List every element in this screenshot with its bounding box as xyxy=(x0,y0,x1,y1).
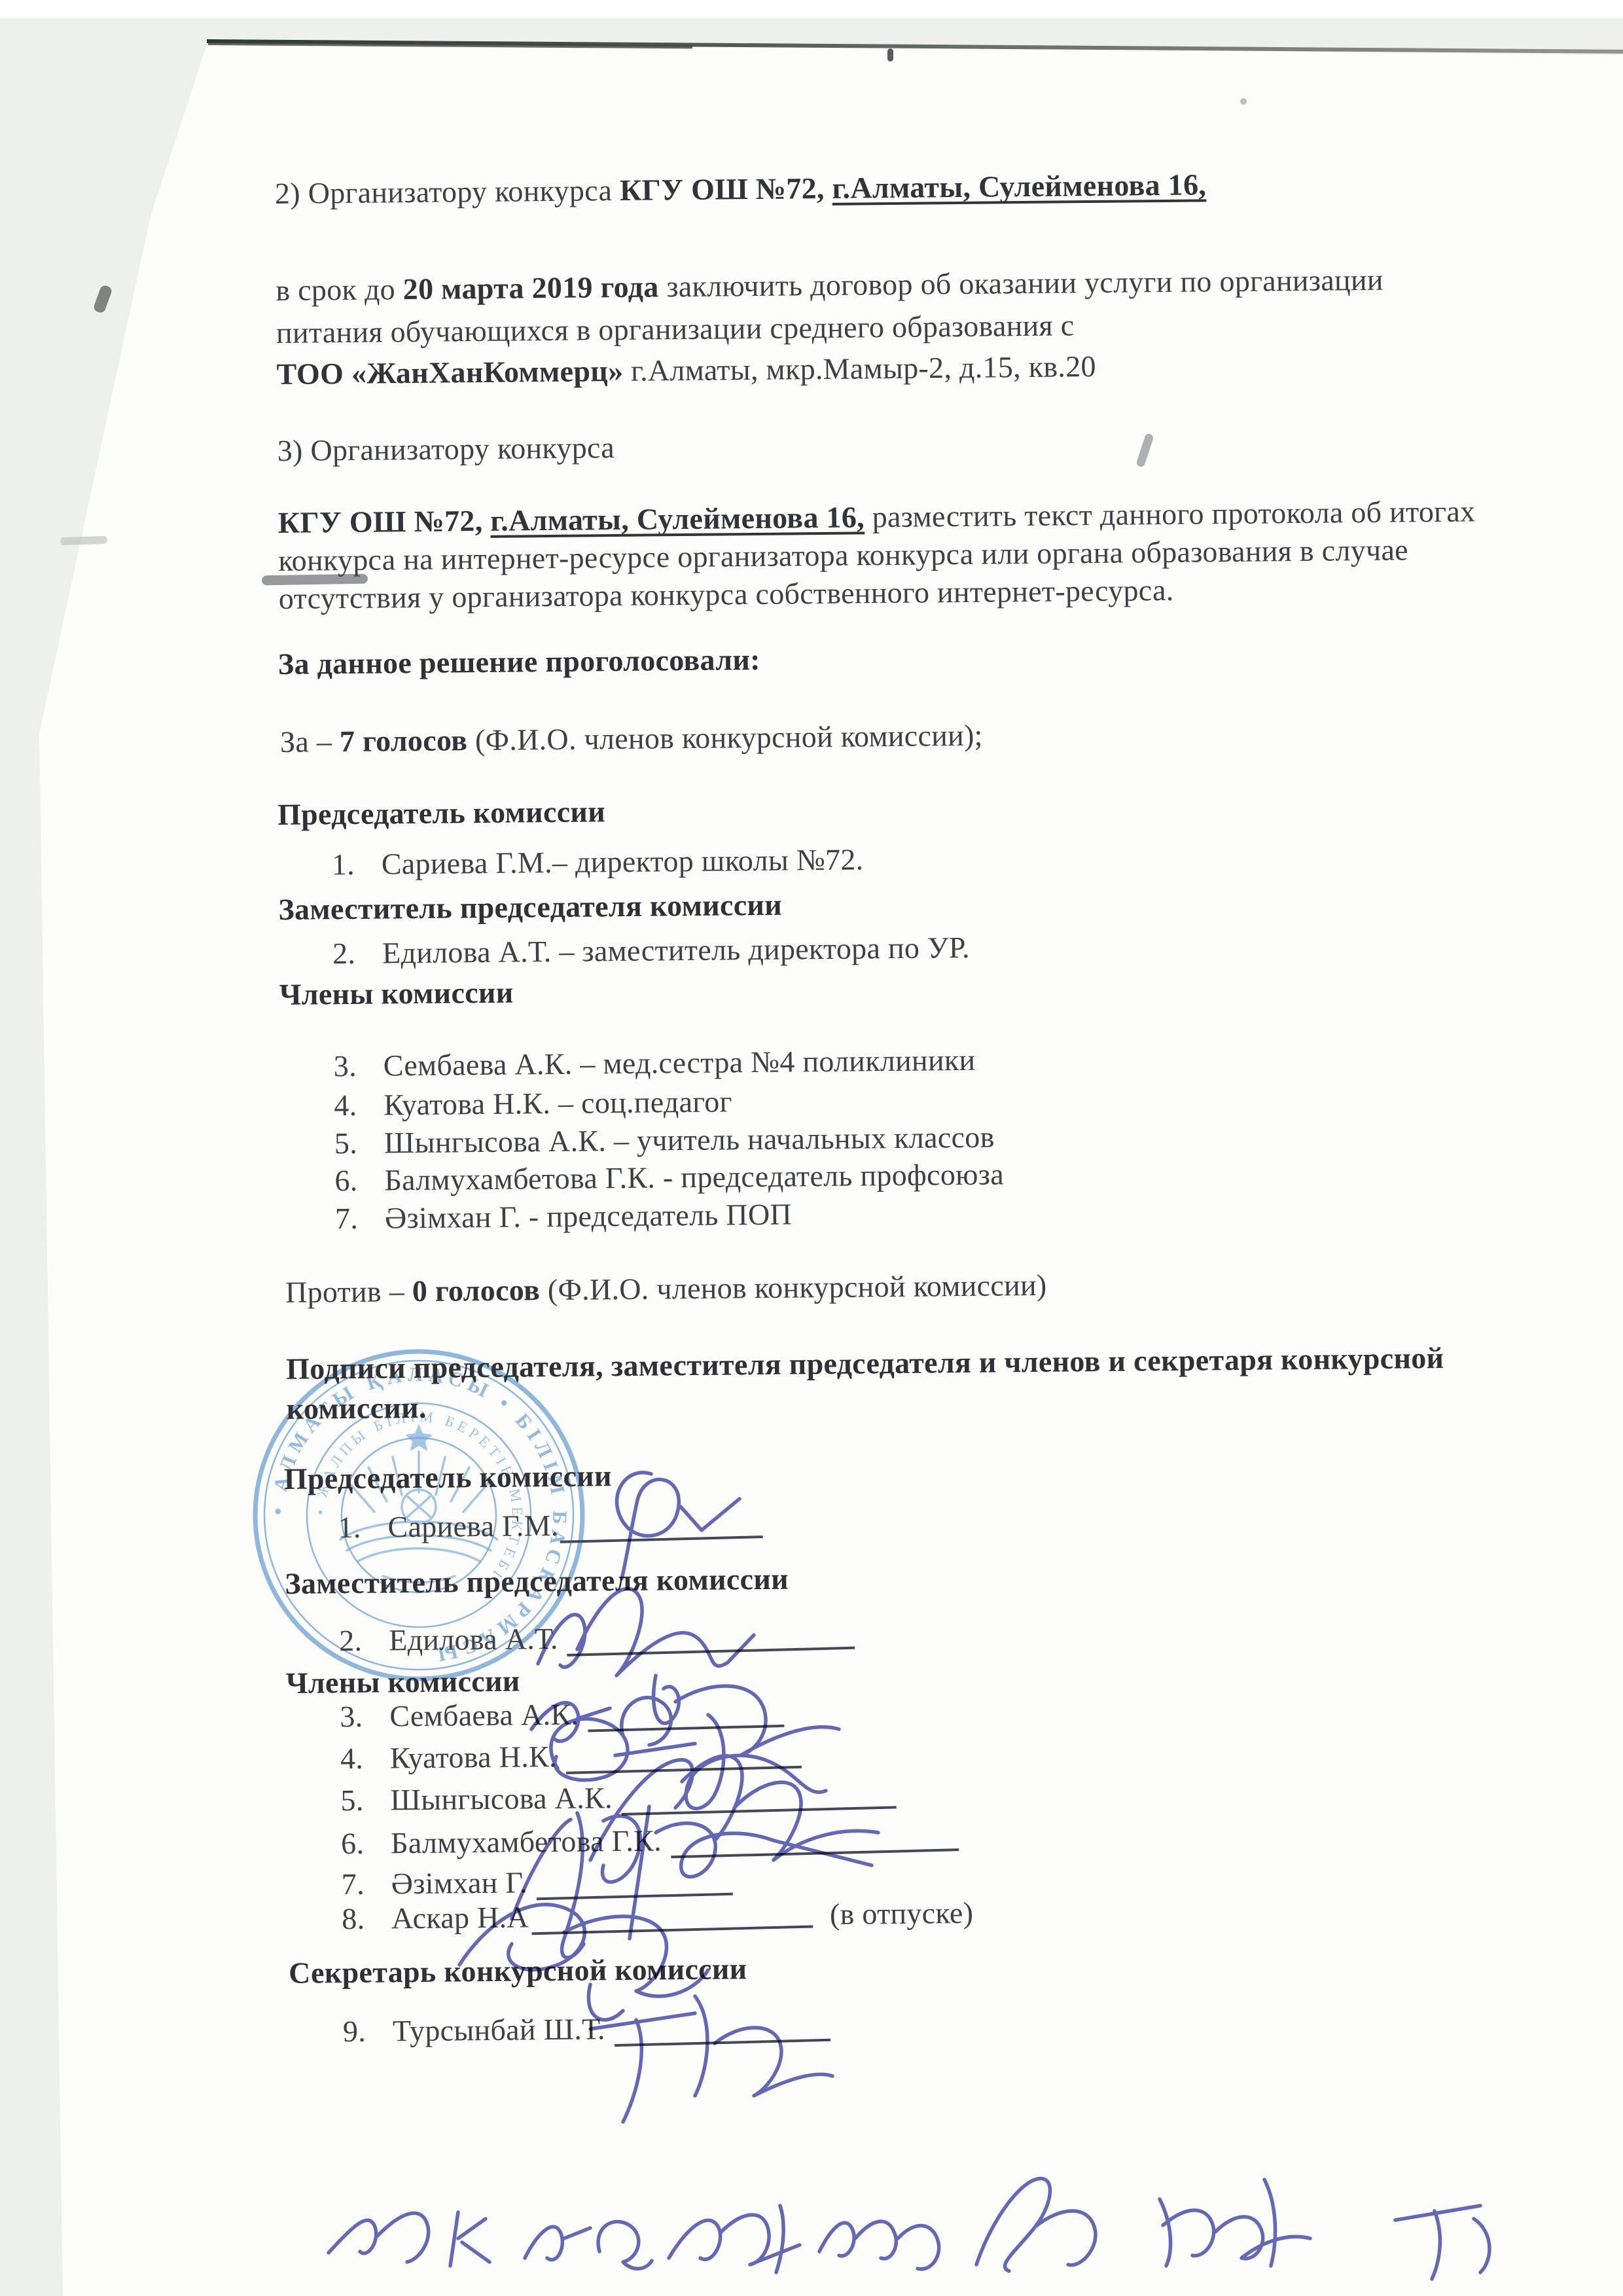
supplier-name: ТОО «ЖанХанКоммерц» xyxy=(276,354,623,391)
vote-row-2: 2.Едилова А.Т. – заместитель директора п… xyxy=(332,928,970,973)
signatures-header-line2: комиссии. xyxy=(286,1388,426,1429)
vice-chair-header: Заместитель председателя комиссии xyxy=(278,886,782,929)
paragraph-supplier: ТОО «ЖанХанКоммерц» г.Алматы, мкр.Мамыр-… xyxy=(276,347,1096,394)
vote-row-3: 3.Сембаева А.К. – мед.сестра №4 поликлин… xyxy=(333,1041,975,1086)
sig-row-8: 8.Аскар Н.А(в отпуске) xyxy=(342,1893,974,1939)
on-leave-note: (в отпуске) xyxy=(830,1896,974,1931)
signatures-header-line1: Подписи председателя, заместителя предсе… xyxy=(286,1338,1444,1389)
signature-blank-9 xyxy=(614,2010,830,2047)
vote-row-4: 4.Куатова Н.К. – соц.педагог xyxy=(334,1082,732,1125)
sig-row-2: 2.Едилова А.Т. xyxy=(339,1617,855,1661)
sig-row-4: 4.Куатова Н.К. xyxy=(340,1734,802,1778)
supplier-address: г.Алматы, мкр.Мамыр-2, д.15, кв.20 xyxy=(623,350,1096,387)
sig-row-5: 5.Шынгысова А.К. xyxy=(340,1776,897,1820)
vote-row-7: 7.Әзімхан Г. - председатель ПОП xyxy=(335,1194,793,1238)
secretary-header: Секретарь конкурсной комиссии xyxy=(289,1949,747,1993)
signature-blank-5 xyxy=(621,1777,897,1816)
signature-blank-8 xyxy=(531,1896,813,1935)
sig-row-1: 1.Сариева Г.М. xyxy=(338,1504,763,1547)
paragraph-contract-line2: питания обучающихся в организации средне… xyxy=(276,306,1075,353)
votes-for-line: За – 7 голосов (Ф.И.О. членов конкурсной… xyxy=(280,716,983,762)
voted-header: За данное решение проголосовали: xyxy=(278,640,760,684)
paragraph-publish-line3: отсутствия у организатора конкурса собст… xyxy=(279,571,1174,619)
signature-blank-4 xyxy=(565,1737,802,1774)
p1-address: г.Алматы, Сулейменова 16, xyxy=(832,168,1206,204)
votes-for-count: 7 голосов xyxy=(340,723,468,758)
vote-row-6: 6.Балмухамбетова Г.К. - председатель про… xyxy=(334,1155,1004,1200)
signature-blank-1 xyxy=(560,1507,763,1543)
chair-header: Председатель комиссии xyxy=(277,792,606,834)
sig-row-3: 3.Сембаева А.К. xyxy=(340,1693,784,1737)
votes-against-count: 0 голосов xyxy=(412,1273,541,1308)
votes-against-line: Против – 0 голосов (Ф.И.О. членов конкур… xyxy=(285,1266,1047,1312)
paragraph-contract-line1: в срок до 20 марта 2019 года заключить д… xyxy=(276,260,1383,310)
paragraph-organizer-3: 3) Организатору конкурса xyxy=(277,428,615,471)
sig-row-6: 6.Балмухамбетова Г.К. xyxy=(341,1818,959,1863)
sig-vice-header: Заместитель председателя комиссии xyxy=(285,1560,789,1604)
members-header: Члены комиссии xyxy=(279,973,513,1014)
p1-prefix: 2) Организатору конкурса xyxy=(275,173,620,210)
contract-deadline: 20 марта 2019 года xyxy=(403,270,659,306)
signature-blank-2 xyxy=(567,1618,855,1657)
paragraph-organizer-2: 2) Организатору конкурса КГУ ОШ №72, г.А… xyxy=(275,165,1207,213)
scanned-protocol-page: • АЛМАТЫ ҚАЛАСЫ • БІЛІМ БАСҚАРМАСЫ • ЖАЛ… xyxy=(0,0,1623,2296)
signature-blank-3 xyxy=(587,1696,784,1732)
signature-blank-6 xyxy=(670,1820,959,1858)
signature-blank-7 xyxy=(536,1864,733,1901)
sig-chair-header: Председатель комиссии xyxy=(284,1456,613,1499)
sig-row-9: 9.Турсынбай Ш.Т. xyxy=(343,2007,830,2051)
vote-row-1: 1.Сариева Г.М.– директор школы №72. xyxy=(332,840,864,884)
p1-school: КГУ ОШ №72, xyxy=(620,171,832,207)
document-content: 2) Организатору конкурса КГУ ОШ №72, г.А… xyxy=(0,0,1623,2296)
